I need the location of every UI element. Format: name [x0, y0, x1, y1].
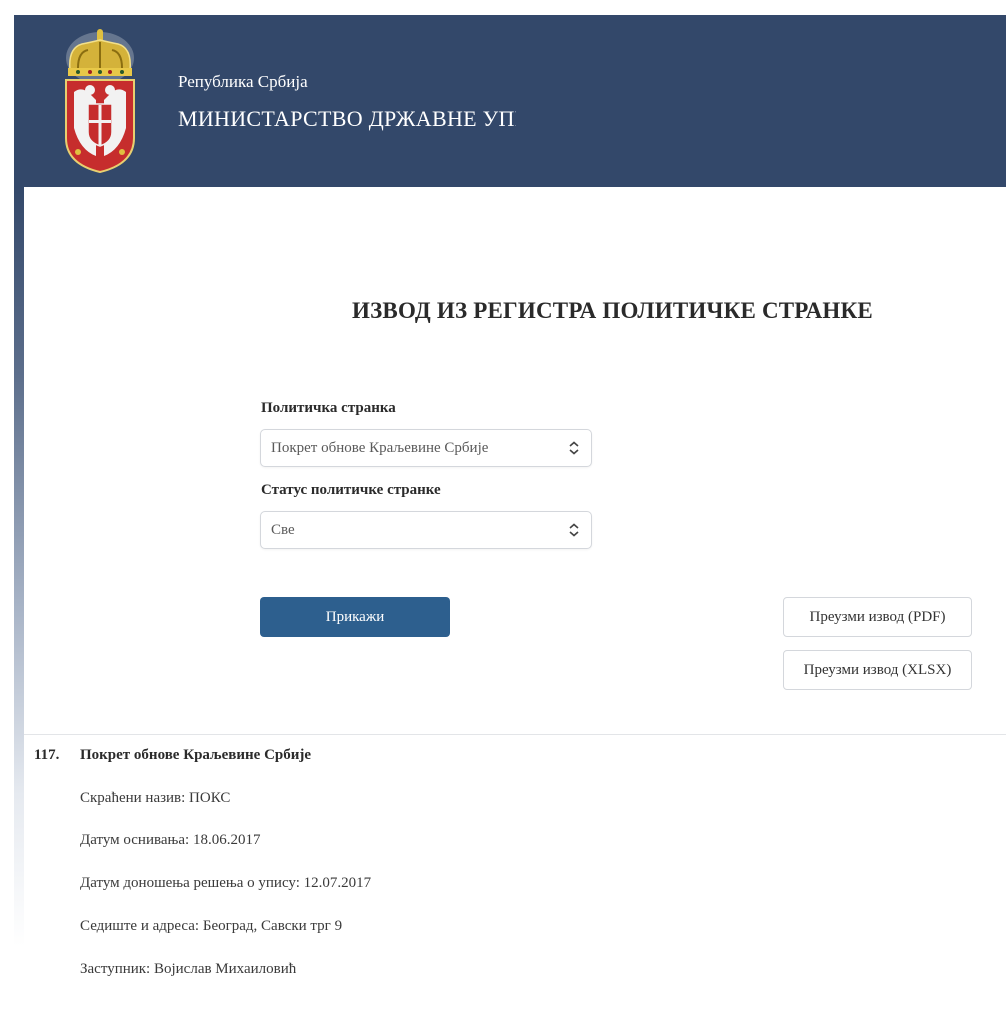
coat-of-arms-icon [60, 28, 140, 174]
status-select-label: Статус политичке странке [261, 482, 441, 499]
download-xlsx-button[interactable]: Преузми извод (XLSX) [783, 650, 972, 690]
header-subtitle: Република Србија [178, 72, 308, 92]
result-number: 117. [34, 747, 59, 764]
chevron-up-down-icon [567, 522, 581, 538]
page-title: ИЗВОД ИЗ РЕГИСТРА ПОЛИТИЧКЕ СТРАНКЕ [352, 298, 873, 324]
result-party-name: Покрет обнове Краљевине Србије [80, 747, 311, 764]
left-decorative-rail [14, 187, 24, 947]
site-header [14, 15, 1006, 187]
status-select[interactable]: Све [260, 511, 592, 549]
result-registration-date: Датум доношења решења о упису: 12.07.201… [80, 875, 371, 892]
result-short-name: Скраћени назив: ПОКС [80, 790, 230, 807]
header-title: МИНИСТАРСТВО ДРЖАВНЕ УПРАВЕ И ЛОКАЛНЕ СА… [178, 106, 516, 132]
result-founding-date: Датум оснивања: 18.06.2017 [80, 832, 260, 849]
result-address: Седиште и адреса: Београд, Савски трг 9 [80, 918, 342, 935]
party-select[interactable]: Покрет обнове Краљевине Србије [260, 429, 592, 467]
chevron-up-down-icon [567, 440, 581, 456]
result-representative: Заступник: Војислав Михаиловић [80, 961, 296, 978]
show-button[interactable]: Прикажи [260, 597, 450, 637]
status-select-value: Све [271, 522, 567, 539]
download-pdf-button[interactable]: Преузми извод (PDF) [783, 597, 972, 637]
party-select-label: Политичка странка [261, 400, 396, 417]
party-select-value: Покрет обнове Краљевине Србије [271, 440, 567, 457]
divider [24, 734, 1006, 735]
